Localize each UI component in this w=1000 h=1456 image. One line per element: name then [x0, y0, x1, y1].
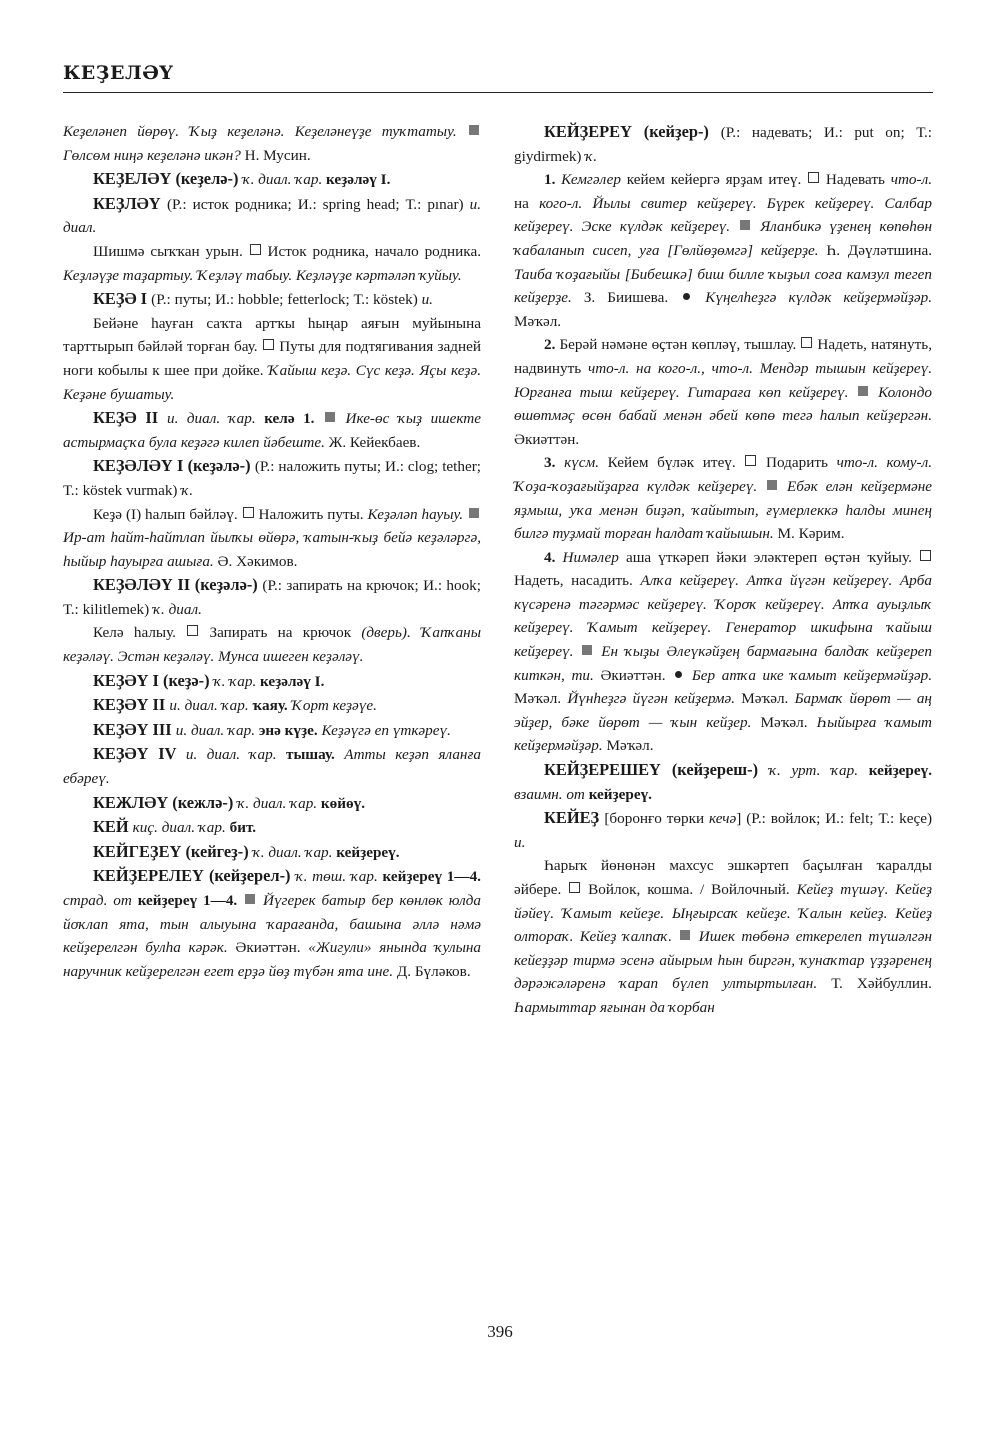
dictionary-entry: КЕҘЕЛӘҮ (кеҙелә-) ҡ. диал. ҡар. кеҙәләү … — [63, 167, 481, 192]
entry-text: КЕЙҘЕРЕШЕҮ (кейҙереш-) — [544, 760, 769, 779]
entry-text: Кеҙәләп һауыу. — [368, 506, 468, 523]
empty-square-icon — [801, 337, 812, 348]
entry-text: ҡаяу. — [252, 697, 291, 714]
dictionary-entry: КЕЙЕҘ [боронғо төрки кечә] (Р.: войлок; … — [514, 806, 932, 854]
dictionary-entry: 3. күсм. Кейем бүләк итеү. Подарить что-… — [514, 451, 932, 545]
entry-text: КЕҘӘ I — [93, 289, 151, 308]
entry-text: ҡ. — [585, 148, 597, 165]
entry-text: Н. Мусин. — [245, 147, 311, 164]
dictionary-entry: КЕҘӘ II и. диал. ҡар. келә 1. Ике-өс ҡыҙ… — [63, 406, 481, 454]
entry-text: КЕЖЛӘҮ (кежлә-) — [93, 793, 237, 812]
entry-text: что-л. — [891, 171, 932, 188]
entry-text: ҡ. төш. ҡар. — [296, 868, 383, 885]
entry-text: кеҙәләү I. — [260, 673, 324, 690]
entry-text: Исток родника, начало родника. — [262, 243, 481, 260]
entry-text: Шишмә сыҡҡан урын. — [93, 243, 249, 260]
entry-text: Подарить — [757, 454, 836, 471]
entry-text: Кеҙләүҙе таҙартыу. Ҡеҙләү табыу. Кеҙләүҙ… — [63, 267, 462, 284]
bullet-icon — [675, 671, 682, 678]
entry-text: аша үткәреп йәки эләктереп өҫтән ҡуйыу. — [626, 549, 919, 566]
entry-text: КЕҘЕЛӘҮ (кеҙелә-) — [93, 169, 243, 188]
entry-text: КЕЙ — [93, 817, 133, 836]
dictionary-entry: Һарыҡ йөнөнән махсус эшкәртеп баҫылған ҡ… — [514, 854, 932, 1019]
empty-square-icon — [243, 507, 254, 518]
entry-text: күсм. — [564, 454, 608, 471]
entry-text: Запирать на крючок — [199, 624, 361, 641]
entry-text: Һ. Дәүләтшина. — [826, 242, 932, 259]
entry-text: кечә — [709, 810, 736, 827]
entry-text: 1. — [544, 171, 561, 188]
entry-text: и. диал. ҡар. — [176, 722, 259, 739]
entry-text: (Р.: исток родника; И.: spring head; Т.:… — [167, 196, 470, 213]
dictionary-entry: 4. Нимәлер аша үткәреп йәки эләктереп өҫ… — [514, 546, 932, 758]
entry-text: КЕҘӘҮ III — [93, 720, 176, 739]
filled-square-icon — [469, 508, 479, 518]
entry-text: КЕҘӘЛӘҮ I (кеҙәлә-) — [93, 456, 255, 475]
entry-text: КЕҘӘҮ I (кеҙә-) — [93, 671, 214, 690]
dictionary-entry: Шишмә сыҡҡан урын. Исток родника, начало… — [63, 240, 481, 287]
entry-text: Ҡорт кеҙәүе. — [292, 697, 377, 714]
entry-text: бит. — [230, 819, 256, 836]
entry-text: Әкиәттән. — [235, 939, 308, 956]
entry-text: Войлок, кошма. / Войлочный. — [581, 881, 796, 898]
filled-square-icon — [325, 412, 335, 422]
entry-text: киҫ. диал. ҡар. — [133, 819, 230, 836]
entry-text: кейҙереү. — [869, 762, 932, 779]
entry-text: и. диал. ҡар. — [169, 697, 252, 714]
entry-text: Мәҡәл. — [606, 737, 653, 754]
entry-text: КЕҘӘЛӘҮ II (кеҙәлә-) — [93, 575, 262, 594]
entry-text: и. — [422, 291, 433, 308]
entry-text: ҡ. ҡар. — [214, 673, 260, 690]
entry-text: [боронғо төрки — [604, 810, 709, 827]
dictionary-entry: КЕЙҘЕРЕШЕҮ (кейҙереш-) ҡ. урт. ҡар. кейҙ… — [514, 758, 932, 806]
entry-text: кейҙереү. — [336, 844, 399, 861]
entry-text: КЕЙҘЕРЕЛЕҮ (кейҙерел-) — [93, 866, 296, 885]
page-header: КЕҘЕЛӘҮ — [63, 62, 933, 84]
filled-square-icon — [582, 645, 592, 655]
empty-square-icon — [920, 550, 931, 561]
entry-text: Мәҡәл. — [514, 313, 561, 330]
entry-text: М. Кәрим. — [777, 525, 844, 542]
entry-text: Бер атҡа ике ҡамыт кейҙермәйҙәр. — [685, 667, 932, 684]
empty-square-icon — [745, 455, 756, 466]
entry-text: З. Биишева. — [584, 289, 680, 306]
entry-text: көйөү. — [321, 795, 365, 812]
entry-text: Мәҡәл. — [760, 714, 816, 731]
entry-text: Кемгәлер — [561, 171, 627, 188]
entry-text: ҡ. диал. ҡар. — [253, 844, 336, 861]
entry-text: Әкиәттән. — [600, 667, 672, 684]
entry-text: Надевать — [820, 171, 891, 188]
empty-square-icon — [569, 882, 580, 893]
entry-text: Келә һалыу. — [93, 624, 186, 641]
entry-text: и. диал. ҡар. — [167, 410, 264, 427]
filled-square-icon — [740, 220, 750, 230]
entry-text: Надеть, насадить. — [514, 572, 640, 589]
entry-text: страд. от — [63, 892, 138, 909]
entry-text: Берәй нәмәне өҫтән көпләү, тышлау. — [559, 336, 800, 353]
entry-text: тышау. — [286, 746, 344, 763]
entry-text: 4. — [544, 549, 563, 566]
entry-text: ҡ. диал. ҡар. — [243, 171, 326, 188]
filled-square-icon — [245, 894, 255, 904]
page-number: 396 — [0, 1322, 1000, 1342]
entry-text: ] (Р.: войлок; И.: felt; Т.: keçe) — [736, 810, 932, 827]
dictionary-entry: КЕҘӘЛӘҮ II (кеҙәлә-) (Р.: запирать на кр… — [63, 573, 481, 621]
right-column: КЕЙҘЕРЕҮ (кейҙер-) (Р.: надевать; И.: pu… — [514, 120, 932, 1020]
dictionary-entry: КЕҘӘҮ IV и. диал. ҡар. тышау. Атты кеҙәп… — [63, 742, 481, 790]
entry-text: 2. — [544, 336, 559, 353]
dictionary-entry: КЕЙ киҫ. диал. ҡар. бит. — [63, 815, 481, 840]
entry-text: Нимәлер — [563, 549, 626, 566]
dictionary-entry: КЕҘӘ I (Р.: путы; И.: hobble; fetterlock… — [63, 287, 481, 312]
empty-square-icon — [263, 339, 274, 350]
entry-text: КЕЙГЕҘЕҮ (кейгеҙ-) — [93, 842, 253, 861]
entry-text: келә 1. — [264, 410, 323, 427]
left-column: Кеҙеләнеп йөрөү. Ҡыҙ кеҙеләнә. Кеҙеләнеү… — [63, 120, 481, 983]
entry-text: КЕҘӘҮ IV — [93, 744, 186, 763]
entry-text: Мәҡәл. — [741, 690, 794, 707]
entry-text: ҡ. диал. — [153, 601, 202, 618]
dictionary-entry: КЕҘӘҮ II и. диал. ҡар. ҡаяу. Ҡорт кеҙәүе… — [63, 693, 481, 718]
dictionary-entry: Кеҙеләнеп йөрөү. Ҡыҙ кеҙеләнә. Кеҙеләнеү… — [63, 120, 481, 167]
entry-text: Кеҙеләнеп йөрөү. Ҡыҙ кеҙеләнә. Кеҙеләнеү… — [63, 123, 467, 140]
entry-text: КЕҘӘҮ II — [93, 695, 169, 714]
filled-square-icon — [469, 125, 479, 135]
entry-text: ҡ. диал. ҡар. — [237, 795, 320, 812]
dictionary-entry: КЕЖЛӘҮ (кежлә-) ҡ. диал. ҡар. көйөү. — [63, 791, 481, 816]
entry-text: Ж. Кейекбаев. — [329, 434, 421, 451]
entry-text: Күңелһеҙгә күлдәк кейҙермәйҙәр. — [693, 289, 932, 306]
dictionary-entry: КЕЙҘЕРЕЛЕҮ (кейҙерел-) ҡ. төш. ҡар. кейҙ… — [63, 864, 481, 983]
entry-text: ҡ. урт. ҡар. — [769, 762, 869, 779]
entry-text: (Р.: путы; И.: hobble; fetterlock; Т.: k… — [151, 291, 421, 308]
entry-text: Кеҙәүгә еп үткәреү. — [321, 722, 450, 739]
entry-text: и. — [514, 834, 525, 851]
entry-text: Гөлсөм ниңә кеҙеләнә икән? — [63, 147, 245, 164]
empty-square-icon — [808, 172, 819, 183]
entry-text: Т. Хәйбуллин. — [831, 975, 932, 992]
entry-text: Д. Бүләков. — [397, 963, 471, 980]
running-head: КЕҘЕЛӘҮ — [63, 62, 933, 84]
empty-square-icon — [187, 625, 198, 636]
filled-square-icon — [858, 386, 868, 396]
entry-text: 3. — [544, 454, 564, 471]
entry-text: КЕҘЛӘҮ — [93, 194, 167, 213]
entry-text: кейем кейергә ярҙам итеү. — [627, 171, 807, 188]
entry-text: кеҙәләү I. — [326, 171, 390, 188]
dictionary-entry: КЕЙГЕҘЕҮ (кейгеҙ-) ҡ. диал. ҡар. кейҙере… — [63, 840, 481, 865]
entry-text: Әкиәттән. — [514, 431, 579, 448]
entry-text: на — [514, 195, 539, 212]
dictionary-entry: КЕҘӘҮ I (кеҙә-) ҡ. ҡар. кеҙәләү I. — [63, 669, 481, 694]
entry-text: Мәҡәл. — [514, 690, 567, 707]
entry-text: взаимн. от — [514, 786, 589, 803]
dictionary-entry: КЕҘӘҮ III и. диал. ҡар. энә күҙе. Кеҙәүг… — [63, 718, 481, 743]
dictionary-entry: Кеҙә (I) һалып бәйләү. Наложить путы. Ке… — [63, 503, 481, 574]
bullet-icon — [683, 293, 690, 300]
entry-text: ҡ. — [181, 482, 193, 499]
dictionary-entry: 2. Берәй нәмәне өҫтән көпләү, тышлау. На… — [514, 333, 932, 451]
empty-square-icon — [250, 244, 261, 255]
entry-text: Наложить путы. — [255, 506, 368, 523]
header-rule — [63, 92, 933, 93]
entry-text: энә күҙе. — [259, 722, 322, 739]
dictionary-entry: КЕЙҘЕРЕҮ (кейҙер-) (Р.: надевать; И.: pu… — [514, 120, 932, 168]
dictionary-entry: Бейәне һауған саҡта артҡы һыңар аяғын му… — [63, 312, 481, 406]
entry-text: Йүнһеҙгә йүгән кейҙермә. — [567, 690, 741, 707]
entry-text: КЕЙЕҘ — [544, 808, 604, 827]
filled-square-icon — [767, 480, 777, 490]
entry-text: КЕҘӘ II — [93, 408, 167, 427]
entry-text: Һармыттар яғынан да ҡорбан — [514, 999, 715, 1016]
entry-text: и. диал. ҡар. — [186, 746, 286, 763]
dictionary-entry: КЕҘӘЛӘҮ I (кеҙәлә-) (Р.: наложить путы; … — [63, 454, 481, 502]
entry-text: кейҙереү 1—4. — [138, 892, 243, 909]
entry-text: Кеҙә (I) һалып бәйләү. — [93, 506, 242, 523]
entry-text: Кейем бүләк итеү. — [608, 454, 745, 471]
entry-text: кейҙереү. — [589, 786, 652, 803]
entry-text: кейҙереү 1—4. — [383, 868, 481, 885]
filled-square-icon — [680, 930, 690, 940]
entry-text: Ә. Хәкимов. — [218, 553, 298, 570]
dictionary-entry: Келә һалыу. Запирать на крючок (дверь). … — [63, 621, 481, 668]
entry-text: КЕЙҘЕРЕҮ (кейҙер-) — [544, 122, 721, 141]
dictionary-entry: 1. Кемгәлер кейем кейергә ярҙам итеү. На… — [514, 168, 932, 333]
dictionary-entry: КЕҘЛӘҮ (Р.: исток родника; И.: spring he… — [63, 192, 481, 240]
